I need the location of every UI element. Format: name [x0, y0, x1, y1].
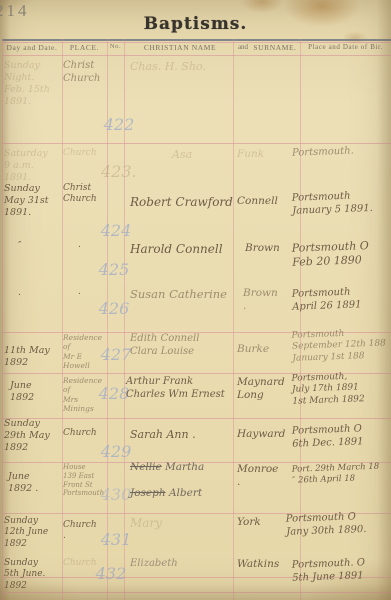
cell-place: Church: [63, 428, 107, 439]
cell-place: .: [78, 287, 122, 298]
cell-birth: Portsmouth January 5 1891.: [292, 189, 391, 217]
cell-christian-name: Edith Connell Clara Louise: [130, 333, 234, 358]
cell-birth: Port. 29th March 18 ″ 26th April 18: [292, 461, 391, 486]
cell-surname: Funk: [237, 148, 297, 161]
cell-surname: Monroe .: [237, 463, 297, 489]
cell-number: 430: [100, 485, 132, 504]
cell-christian-name: Mary: [130, 516, 234, 531]
struck-name: Nellie: [130, 461, 162, 473]
cell-christian-name: Sarah Ann .: [130, 428, 234, 442]
cell-christian-name: Chas. H. Sho.: [130, 60, 234, 74]
cell-birth: Portsmouth. O 5th June 1891: [292, 556, 391, 584]
cell-number: 429: [100, 442, 132, 461]
col-header-christian-name: CHRISTIAN NAME: [130, 43, 230, 55]
cell-day-date: Sunday 29th May 1892: [4, 418, 60, 454]
col-header-no: No.: [107, 43, 124, 55]
cell-day-date: June 1892: [10, 380, 66, 404]
cell-day-date: Sunday May 31st 1891.: [4, 183, 60, 219]
cell-christian-name: Arthur Frank Charles Wm Ernest: [126, 376, 230, 401]
cell-number: 425: [98, 260, 130, 279]
row-rule: [2, 143, 391, 144]
cell-number: 423.: [101, 162, 133, 181]
cell-day-date: .: [18, 287, 74, 299]
cell-number: 431: [100, 530, 132, 549]
cell-birth: Portsmouth April 26 1891: [292, 285, 391, 313]
cell-birth: Portsmouth O 6th Dec. 1891: [292, 422, 391, 450]
cell-number: 422: [103, 115, 135, 134]
cell-day-date: Sunday Night. Feb. 15th 1891.: [4, 60, 60, 108]
cell-day-date: June 1892 .: [8, 471, 64, 495]
row-rule: [2, 418, 391, 419]
row-rule: [2, 592, 391, 593]
cell-birth: Portsmouth, July 17th 1891 1st March 189…: [291, 370, 391, 407]
cell-christian-name: Susan Catherine: [130, 287, 234, 301]
cell-christian-name: Elizabeth: [130, 558, 234, 571]
cell-birth: Portsmouth.: [292, 144, 391, 160]
cell-place: .: [78, 240, 122, 251]
struck-name: Joseph: [130, 487, 166, 499]
col-header-surname: SURNAME.: [250, 43, 300, 55]
cell-birth: Portsmouth O Feb 20 1890: [292, 238, 391, 269]
cell-surname: Burke: [237, 343, 297, 356]
cell-place: Church: [63, 148, 107, 159]
cell-day-date: ″: [18, 240, 74, 252]
cell-day-date: Sunday 5th June. 1892: [4, 558, 60, 592]
column-rule: [62, 39, 63, 600]
column-rule: [2, 39, 3, 600]
page-title: Baptisms.: [0, 14, 391, 34]
cell-number: 432: [95, 564, 127, 583]
cell-surname: Maynard Long: [237, 376, 297, 402]
cell-day-date: Sunday 12th June 1892: [4, 516, 60, 550]
cell-christian-name: Robert Crawford: [130, 195, 234, 210]
cell-day-date: Saturday 9 a.m. 1891.: [4, 148, 60, 184]
cell-place: Christ Church: [63, 60, 107, 85]
cell-surname: Watkins: [237, 558, 297, 571]
header-top-rule: [2, 39, 391, 41]
col-header-birth: Place and Date of Bir.: [300, 43, 391, 55]
row-rule: [2, 55, 391, 56]
col-header-day-date: Day and Date.: [2, 43, 62, 55]
cell-number: 426: [98, 299, 130, 318]
col-header-place: PLACE.: [62, 43, 107, 55]
cell-birth: Portsmouth O Jany 30th 1890.: [286, 510, 386, 538]
cell-place: Christ Church: [63, 183, 107, 206]
cell-number: 424: [100, 221, 132, 240]
register-page: 214 Baptisms. Day and Date. PLACE. No. C…: [0, 0, 391, 600]
cell-surname: Connell: [237, 195, 297, 208]
cell-day-date: 11th May 1892: [4, 345, 60, 369]
cell-christian-name: Nellie Martha Joseph Albert: [130, 461, 234, 500]
cell-number: 427: [100, 345, 132, 364]
cell-surname: Hayward: [237, 428, 297, 441]
cell-christian-name: Harold Connell: [130, 242, 234, 257]
cell-birth: Portsmouth September 12th 188 January 1s…: [291, 327, 391, 364]
